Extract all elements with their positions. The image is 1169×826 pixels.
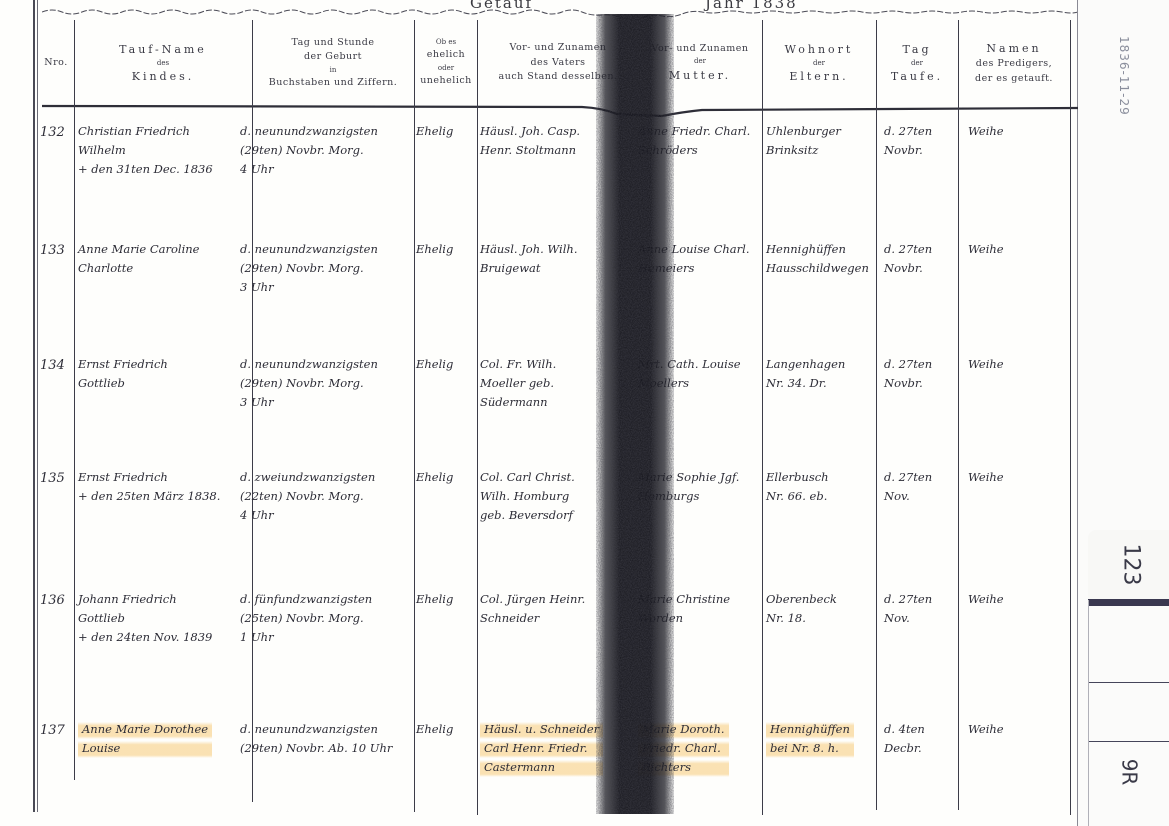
header-taufe: Tag der Taufe. bbox=[876, 20, 958, 106]
cell-taufe: d. 27tenNovbr. bbox=[884, 240, 932, 278]
cell-taufname: Ernst Friedrich+ den 25ten März 1838. bbox=[78, 468, 220, 506]
cell-wohnort: LangenhagenNr. 34. Dr. bbox=[766, 355, 845, 393]
cell-ehelich: Ehelig bbox=[416, 240, 453, 259]
header-ehelich: Ob es ehelich oder unehelich bbox=[414, 20, 478, 106]
cell-wohnort: OberenbeckNr. 18. bbox=[766, 590, 837, 628]
tab-divider-bar bbox=[1088, 599, 1169, 606]
column-divider bbox=[477, 20, 478, 815]
cell-prediger: Weihe bbox=[968, 355, 1004, 374]
cell-taufname: Christian FriedrichWilhelm+ den 31ten De… bbox=[78, 122, 213, 179]
cell-vater: Häusl. u. SchneiderCarl Henr. Friedr.Cas… bbox=[480, 720, 603, 777]
column-divider bbox=[958, 20, 959, 810]
cell-taufe: d. 27tenNovbr. bbox=[884, 355, 932, 393]
frame-left-inner-border bbox=[37, 0, 38, 812]
cell-ehelich: Ehelig bbox=[416, 122, 453, 141]
tab-divider-line bbox=[1088, 741, 1169, 742]
cell-vater: Col. Carl Christ.Wilh. Homburggeb. Bever… bbox=[480, 468, 575, 525]
frame-left-border bbox=[33, 0, 35, 812]
cell-taufe: d. 27tenNov. bbox=[884, 590, 932, 628]
redaction-band bbox=[596, 14, 674, 814]
cell-ehelich: Ehelig bbox=[416, 468, 453, 487]
header-prediger: Namen des Predigers, der es getauft. bbox=[958, 20, 1070, 106]
cell-taufname: Johann FriedrichGottlieb+ den 24ten Nov.… bbox=[78, 590, 212, 647]
cell-taufname: Anne Marie CarolineCharlotte bbox=[78, 240, 200, 278]
tab-number: 123 bbox=[1119, 544, 1144, 586]
cell-ehelich: Ehelig bbox=[416, 720, 453, 739]
cell-taufe: d. 4tenDecbr. bbox=[884, 720, 925, 758]
cell-ehelich: Ehelig bbox=[416, 355, 453, 374]
cell-wohnort: EllerbuschNr. 66. eb. bbox=[766, 468, 829, 506]
cell-geburt: d. neunundzwanzigsten(29ten) Novbr. Ab. … bbox=[240, 720, 392, 758]
cell-geburt: d. neunundzwanzigsten(29ten) Novbr. Morg… bbox=[240, 240, 378, 297]
cell-geburt: d. fünfundzwanzigsten(25ten) Novbr. Morg… bbox=[240, 590, 372, 647]
cell-taufname: Anne Marie DorotheeLouise bbox=[78, 720, 212, 758]
cell-prediger: Weihe bbox=[968, 468, 1004, 487]
cell-vater: Häusl. Joh. Casp.Henr. Stoltmann bbox=[480, 122, 580, 160]
header-taufname: Tauf-Name des Kindes. bbox=[74, 20, 252, 106]
header-geburt: Tag und Stunde der Geburt in Buchstaben … bbox=[252, 20, 414, 106]
register-page: Getauf Jahr 1838 Nro. Tauf-Name des Kind… bbox=[0, 0, 1169, 826]
table-header: Nro. Tauf-Name des Kindes. Tag und Stund… bbox=[38, 16, 1074, 106]
column-divider bbox=[414, 20, 415, 812]
tab-vertical-line bbox=[1088, 600, 1089, 826]
cell-nro: 134 bbox=[40, 355, 65, 376]
cell-wohnort: Hennighüffenbei Nr. 8. h. bbox=[766, 720, 854, 758]
column-divider bbox=[1070, 20, 1071, 815]
cell-prediger: Weihe bbox=[968, 240, 1004, 259]
cell-taufe: d. 27tenNovbr. bbox=[884, 122, 932, 160]
cell-vater: Col. Fr. Wilh.Moeller geb.Südermann bbox=[480, 355, 556, 412]
cell-prediger: Weihe bbox=[968, 122, 1004, 141]
tab-divider-line bbox=[1088, 682, 1169, 683]
cell-geburt: d. neunundzwanzigsten(29ten) Novbr. Morg… bbox=[240, 355, 378, 412]
column-divider bbox=[876, 20, 877, 810]
column-divider bbox=[762, 20, 763, 815]
cell-nro: 135 bbox=[40, 468, 65, 489]
header-bottom-rule bbox=[42, 98, 1078, 118]
cell-nro: 133 bbox=[40, 240, 65, 261]
cell-nro: 137 bbox=[40, 720, 65, 741]
cell-nro: 132 bbox=[40, 122, 65, 143]
cell-taufe: d. 27tenNov. bbox=[884, 468, 932, 506]
cell-prediger: Weihe bbox=[968, 720, 1004, 739]
cell-wohnort: HennighüffenHausschildwegen bbox=[766, 240, 869, 278]
cell-vater: Col. Jürgen Heinr.Schneider bbox=[480, 590, 585, 628]
cell-vater: Häusl. Joh. Wilh.Bruigewat bbox=[480, 240, 577, 278]
header-nro: Nro. bbox=[38, 20, 74, 106]
cell-taufname: Ernst FriedrichGottlieb bbox=[78, 355, 168, 393]
reference-date-note: 1836-11-29 bbox=[1117, 36, 1131, 116]
cell-nro: 136 bbox=[40, 590, 65, 611]
tab-code: 9R bbox=[1117, 759, 1141, 786]
cell-prediger: Weihe bbox=[968, 590, 1004, 609]
cell-ehelich: Ehelig bbox=[416, 590, 453, 609]
header-wohnort: Wohnort der Eltern. bbox=[762, 20, 876, 106]
archive-tab: 123 bbox=[1088, 530, 1169, 602]
right-margin-strip bbox=[1078, 0, 1169, 826]
column-divider bbox=[74, 20, 75, 780]
cell-wohnort: UhlenburgerBrinksitz bbox=[766, 122, 841, 160]
cell-geburt: d. zweiundzwanzigsten(22ten) Novbr. Morg… bbox=[240, 468, 375, 525]
cell-geburt: d. neunundzwanzigsten(29ten) Novbr. Morg… bbox=[240, 122, 378, 179]
